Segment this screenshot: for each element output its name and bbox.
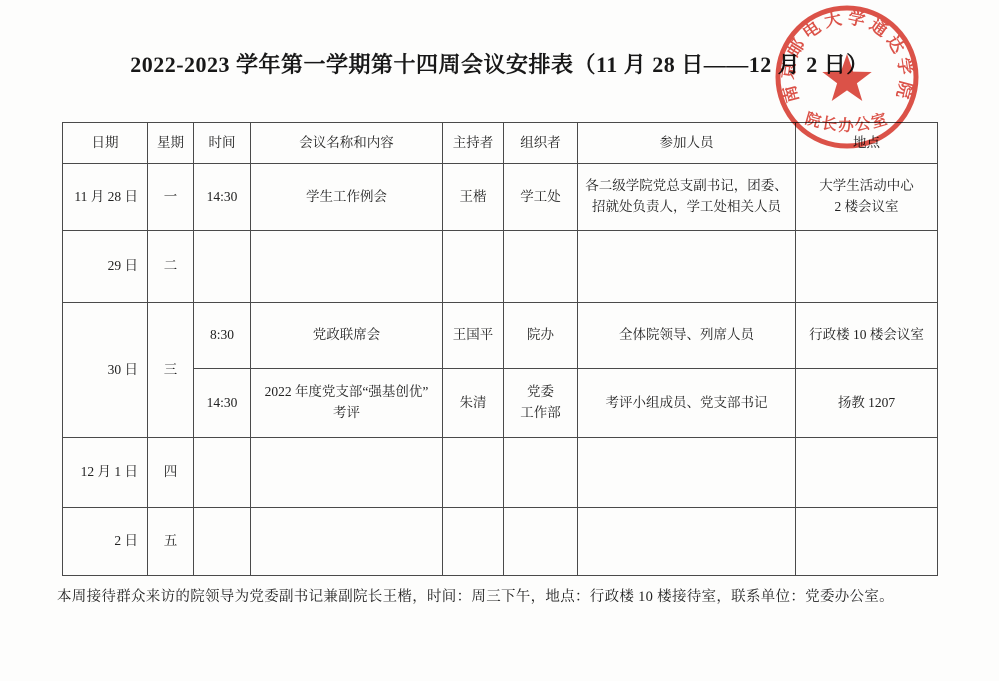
participants-cell (578, 508, 796, 576)
name-cell: 2022 年度党支部“强基创优” 考评 (251, 369, 443, 438)
time-cell (194, 508, 251, 576)
table-row: 14:302022 年度党支部“强基创优” 考评朱清党委 工作部考评小组成员、党… (63, 369, 938, 438)
weekday-cell: 三 (148, 303, 194, 438)
footer-note: 本周接待群众来访的院领导为党委副书记兼副院长王楷，时间：周三下午，地点：行政楼 … (57, 585, 957, 606)
name-cell (251, 508, 443, 576)
organizer-cell: 党委 工作部 (504, 369, 578, 438)
time-cell (194, 231, 251, 303)
weekday-cell: 四 (148, 438, 194, 508)
column-header: 主持者 (443, 123, 504, 164)
location-cell: 大学生活动中心 2 楼会议室 (796, 164, 938, 231)
host-cell: 王国平 (443, 303, 504, 369)
host-cell: 朱清 (443, 369, 504, 438)
table-row: 11 月 28 日一14:30学生工作例会王楷学工处各二级学院党总支副书记，团委… (63, 164, 938, 231)
organizer-cell: 学工处 (504, 164, 578, 231)
host-cell (443, 438, 504, 508)
participants-cell: 考评小组成员、党支部书记 (578, 369, 796, 438)
date-cell: 12 月 1 日 (63, 438, 148, 508)
name-cell: 学生工作例会 (251, 164, 443, 231)
location-cell (796, 231, 938, 303)
date-cell: 30 日 (63, 303, 148, 438)
date-cell: 11 月 28 日 (63, 164, 148, 231)
column-header: 日期 (63, 123, 148, 164)
column-header: 会议名称和内容 (251, 123, 443, 164)
column-header: 时间 (194, 123, 251, 164)
column-header: 参加人员 (578, 123, 796, 164)
time-cell: 8:30 (194, 303, 251, 369)
weekday-cell: 五 (148, 508, 194, 576)
time-cell: 14:30 (194, 369, 251, 438)
host-cell: 王楷 (443, 164, 504, 231)
participants-cell: 各二级学院党总支副书记，团委、 招就处负责人，学工处相关人员 (578, 164, 796, 231)
weekday-cell: 二 (148, 231, 194, 303)
organizer-cell (504, 508, 578, 576)
date-cell: 29 日 (63, 231, 148, 303)
table-row: 29 日二 (63, 231, 938, 303)
organizer-cell: 院办 (504, 303, 578, 369)
location-cell (796, 438, 938, 508)
time-cell: 14:30 (194, 164, 251, 231)
schedule-table: 日期星期时间会议名称和内容主持者组织者参加人员地点 11 月 28 日一14:3… (62, 122, 938, 576)
column-header: 地点 (796, 123, 938, 164)
table-row: 2 日五 (63, 508, 938, 576)
organizer-cell (504, 438, 578, 508)
schedule-header-row: 日期星期时间会议名称和内容主持者组织者参加人员地点 (63, 123, 938, 164)
location-cell (796, 508, 938, 576)
name-cell (251, 231, 443, 303)
organizer-cell (504, 231, 578, 303)
name-cell: 党政联席会 (251, 303, 443, 369)
participants-cell: 全体院领导、列席人员 (578, 303, 796, 369)
date-cell: 2 日 (63, 508, 148, 576)
host-cell (443, 508, 504, 576)
participants-cell (578, 231, 796, 303)
table-row: 12 月 1 日四 (63, 438, 938, 508)
location-cell: 行政楼 10 楼会议室 (796, 303, 938, 369)
participants-cell (578, 438, 796, 508)
column-header: 星期 (148, 123, 194, 164)
time-cell (194, 438, 251, 508)
weekday-cell: 一 (148, 164, 194, 231)
document-page: 2022-2023 学年第一学期第十四周会议安排表（11 月 28 日——12 … (0, 0, 999, 681)
name-cell (251, 438, 443, 508)
schedule-table-body: 11 月 28 日一14:30学生工作例会王楷学工处各二级学院党总支副书记，团委… (63, 164, 938, 576)
column-header: 组织者 (504, 123, 578, 164)
host-cell (443, 231, 504, 303)
page-title: 2022-2023 学年第一学期第十四周会议安排表（11 月 28 日——12 … (0, 48, 999, 79)
location-cell: 扬教 1207 (796, 369, 938, 438)
table-row: 30 日三8:30党政联席会王国平院办全体院领导、列席人员行政楼 10 楼会议室 (63, 303, 938, 369)
